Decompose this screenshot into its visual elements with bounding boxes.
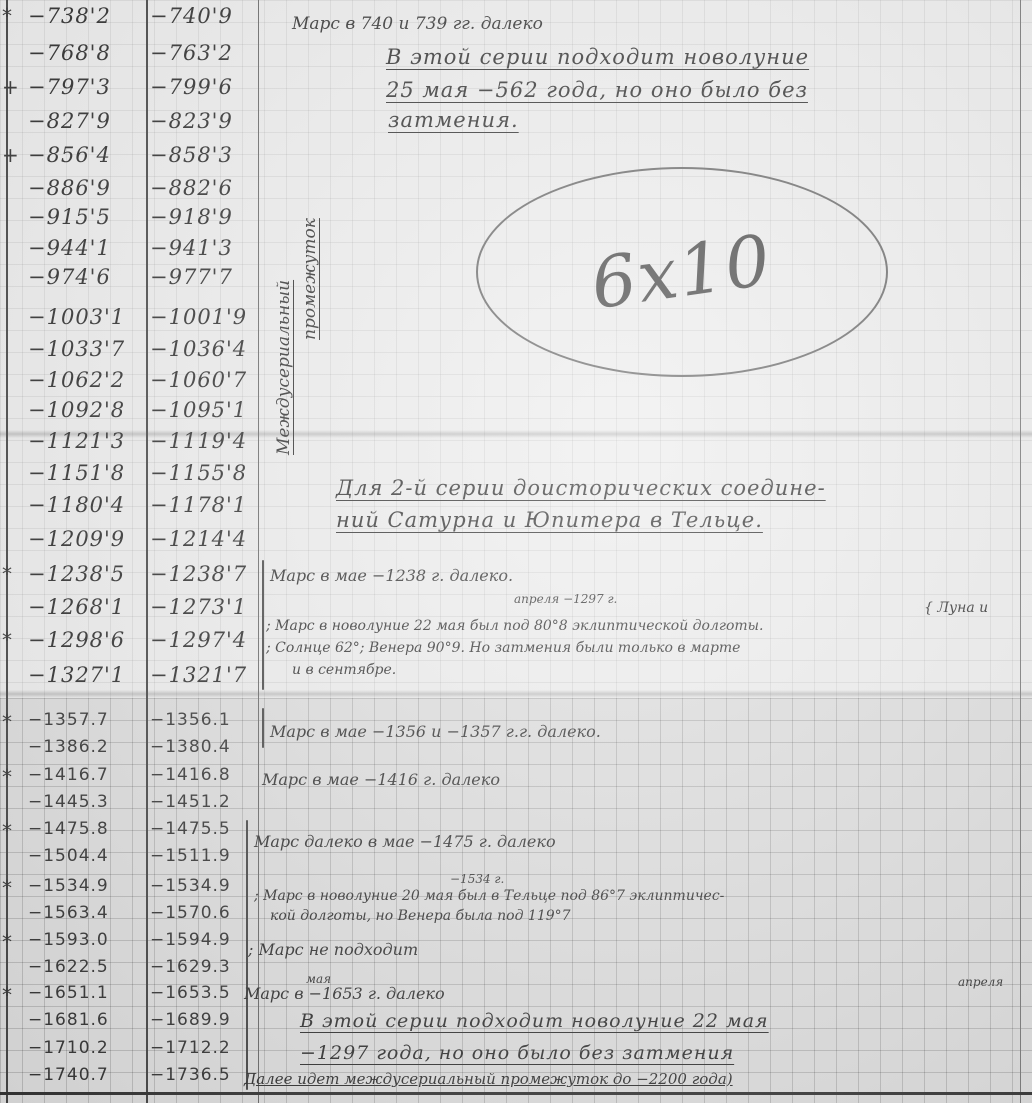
value-col1: −1593.0 [28,930,144,950]
value-col1: −768'8 [28,41,144,65]
value-col1: −827'9 [28,109,144,133]
table-row: +−856'4−858'3 [0,143,260,173]
note-mars-1238: Марс в мае −1238 г. далеко. [270,566,513,585]
value-col2: −1273'1 [150,595,256,619]
table-row: *−738'2−740'9 [0,4,260,34]
row-mark: + [2,143,22,167]
value-col1: −1327'1 [28,663,144,687]
note-mars-1297-line1: ; Марс в новолуние 22 мая был под 80°8 э… [266,618,764,634]
note-interseries-gap: Далее идет междусериальный промежуток до… [244,1070,733,1088]
value-col2: −1214'4 [150,527,256,551]
value-col1: −1357.7 [28,710,144,730]
value-col1: −1003'1 [28,305,144,329]
value-col2: −1060'7 [150,368,256,392]
value-col2: −1570.6 [150,903,256,923]
heading-series-2-line1: Для 2-й серии доисторических соедине- [336,476,826,500]
table-row: −1327'1−1321'7 [0,663,260,693]
value-col2: −858'3 [150,143,256,167]
table-row: −1386.2−1380.4 [0,737,260,767]
value-col1: −1416.7 [28,765,144,785]
value-col1: −1121'3 [28,429,144,453]
note-mars-1475: Марс далеко в мае −1475 г. далеко [254,832,556,851]
value-col1: −915'5 [28,205,144,229]
value-col1: −1563.4 [28,903,144,923]
brace [262,560,264,690]
value-col1: −797'3 [28,75,144,99]
value-col2: −740'9 [150,4,256,28]
note-mars-1416: Марс в мае −1416 г. далеко [262,770,500,789]
value-col2: −1380.4 [150,737,256,757]
value-col1: −1298'6 [28,628,144,652]
value-col1: −1033'7 [28,337,144,361]
value-col2: −977'7 [150,265,256,289]
value-col1: −1209'9 [28,527,144,551]
table-row: −1121'3−1119'4 [0,429,260,459]
table-row: −1180'4−1178'1 [0,493,260,523]
value-col1: −1151'8 [28,461,144,485]
stamp-text: 6x10 [587,219,778,325]
note-mars-1534-line2: кой долготы, но Венера была под 119°7 [270,908,571,924]
value-col2: −763'2 [150,41,256,65]
heading-series-1-line3: затмения. [388,108,519,132]
table-row: *−1298'6−1297'4 [0,628,260,658]
value-col1: −1622.5 [28,957,144,977]
value-col1: −1710.2 [28,1038,144,1058]
value-col2: −941'3 [150,236,256,260]
heading-series-1-line1: В этой серии подходит новолуние [386,45,809,69]
row-mark: * [2,876,22,900]
table-row: −1563.4−1570.6 [0,903,260,933]
table-row: −1710.2−1712.2 [0,1038,260,1068]
vertical-note-line2: промежуток [300,218,320,340]
value-col1: −856'4 [28,143,144,167]
value-col2: −1321'7 [150,663,256,687]
value-col2: −1095'1 [150,398,256,422]
row-mark: * [2,562,22,586]
value-col1: −1445.3 [28,792,144,812]
value-col2: −1736.5 [150,1065,256,1085]
table-row: −768'8−763'2 [0,41,260,71]
note-mars-not-fit: ; Марс не подходит [248,940,418,959]
value-col2: −1238'7 [150,562,256,586]
value-col1: −1534.9 [28,876,144,896]
value-col2: −1475.5 [150,819,256,839]
heading-series-3-line2: −1297 года, но оно было без затмения [300,1042,734,1064]
table-row: *−1651.1−1653.5 [0,983,260,1013]
table-row: −827'9−823'9 [0,109,260,139]
value-col1: −886'9 [28,176,144,200]
value-col1: −1681.6 [28,1010,144,1030]
value-col2: −823'9 [150,109,256,133]
note-mars-1653: Марс в −1653 г. далеко [244,984,445,1003]
table-row: −1151'8−1155'8 [0,461,260,491]
value-col2: −1178'1 [150,493,256,517]
value-col2: −1036'4 [150,337,256,361]
table-row: −974'6−977'7 [0,265,260,295]
value-col2: −1451.2 [150,792,256,812]
table-row: *−1238'5−1238'7 [0,562,260,592]
row-mark: * [2,983,22,1007]
table-row: *−1475.8−1475.5 [0,819,260,849]
table-row: −1445.3−1451.2 [0,792,260,822]
value-col1: −1475.8 [28,819,144,839]
table-row: *−1534.9−1534.9 [0,876,260,906]
value-col2: −1629.3 [150,957,256,977]
table-row: −1268'1−1273'1 [0,595,260,625]
value-col2: −1119'4 [150,429,256,453]
row-mark: * [2,765,22,789]
row-mark: * [2,710,22,734]
table-row: *−1416.7−1416.8 [0,765,260,795]
value-col1: −738'2 [28,4,144,28]
right-edge-line [1020,0,1021,1103]
value-col1: −1386.2 [28,737,144,757]
note-mars-1297-line3: и в сентябре. [292,662,396,678]
value-col2: −1653.5 [150,983,256,1003]
table-row: −1504.4−1511.9 [0,846,260,876]
table-row: −915'5−918'9 [0,205,260,235]
value-col2: −882'6 [150,176,256,200]
circled-stamp: 6x10 [476,167,888,377]
table-row: −1209'9−1214'4 [0,527,260,557]
value-col1: −1268'1 [28,595,144,619]
row-mark: * [2,628,22,652]
vertical-note-line1: Междусериальный [274,280,294,455]
note-mars-1534-line1: ; Марс в новолуние 20 мая был в Тельце п… [254,888,724,904]
value-col2: −1155'8 [150,461,256,485]
value-col1: −944'1 [28,236,144,260]
value-col2: −799'6 [150,75,256,99]
note-mars-1297-line2: ; Солнце 62°; Венера 90°9. Но затмения б… [266,640,740,656]
table-row: −886'9−882'6 [0,176,260,206]
row-mark: * [2,930,22,954]
table-row: −1092'8−1095'1 [0,398,260,428]
heading-series-1-line2: 25 мая −562 года, но оно было без [386,78,808,102]
heading-superscript-april: апреля [958,975,1003,989]
value-col2: −1534.9 [150,876,256,896]
value-col2: −1416.8 [150,765,256,785]
value-col2: −1356.1 [150,710,256,730]
value-col2: −918'9 [150,205,256,229]
value-col2: −1511.9 [150,846,256,866]
table-row: −1681.6−1689.9 [0,1010,260,1040]
value-col2: −1297'4 [150,628,256,652]
heading-series-2-line2: ний Сатурна и Юпитера в Тельце. [336,508,763,532]
value-col2: −1594.9 [150,930,256,950]
table-row: *−1593.0−1594.9 [0,930,260,960]
note-mars-1356: Марс в мае −1356 и −1357 г.г. далеко. [270,722,601,741]
notebook-page: *−738'2−740'9 −768'8−763'2 +−797'3−799'6… [0,0,1032,1103]
heading-series-3-line1: В этой серии подходит новолуние 22 мая [300,1010,769,1032]
value-col1: −1092'8 [28,398,144,422]
note-superscript-april-1297: апреля −1297 г. [514,592,617,606]
table-row: −1003'1−1001'9 [0,305,260,335]
note-aside-moon: { Луна и [924,600,988,616]
table-row: +−797'3−799'6 [0,75,260,105]
value-col2: −1712.2 [150,1038,256,1058]
row-mark: * [2,4,22,28]
value-col1: −1238'5 [28,562,144,586]
value-col2: −1001'9 [150,305,256,329]
value-col1: −1651.1 [28,983,144,1003]
row-mark: * [2,819,22,843]
row-mark: + [2,75,22,99]
value-col2: −1689.9 [150,1010,256,1030]
value-col1: −1180'4 [28,493,144,517]
value-col1: −1504.4 [28,846,144,866]
note-superscript-1534: −1534 г. [450,872,504,886]
value-col1: −974'6 [28,265,144,289]
note-mars-740: Марс в 740 и 739 гг. далеко [292,14,543,34]
value-col1: −1062'2 [28,368,144,392]
table-row: −944'1−941'3 [0,236,260,266]
table-row: *−1357.7−1356.1 [0,710,260,740]
value-col1: −1740.7 [28,1065,144,1085]
vertical-annotation: Междусериальный промежуток [262,170,342,460]
table-row: −1740.7−1736.5 [0,1065,260,1095]
brace [262,708,264,748]
table-row: −1033'7−1036'4 [0,337,260,367]
table-row: −1062'2−1060'7 [0,368,260,398]
